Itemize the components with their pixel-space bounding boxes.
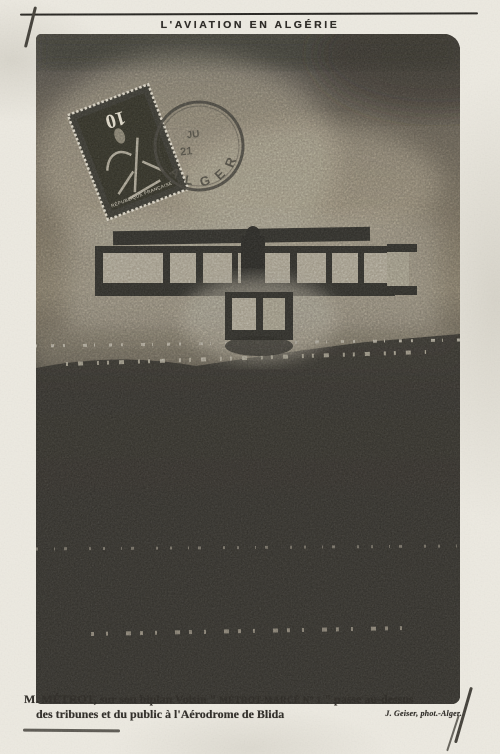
caption-underline-stroke <box>23 729 120 732</box>
postcard-photo: 10 RÉPUBLIQUE FRANÇAISE ALGER JU 21 <box>36 34 460 704</box>
photo-scene: 10 RÉPUBLIQUE FRANÇAISE ALGER JU 21 <box>36 34 460 704</box>
caption: M. MÉTROT, sur son biplan Voisin " MÉTRO… <box>24 692 476 721</box>
caption-line2-text: des tribunes et du public à l'Aérodrome … <box>36 707 284 721</box>
top-rule <box>20 12 478 15</box>
page-title: L'AVIATION EN ALGÉRIE <box>0 19 500 31</box>
halftone-grain-specks <box>36 34 460 704</box>
caption-line-2: des tribunes et du public à l'Aérodrome … <box>24 707 476 721</box>
caption-line-1: M. MÉTROT, sur son biplan Voisin " MÉTRO… <box>24 692 476 707</box>
newspaper-page: L'AVIATION EN ALGÉRIE <box>0 0 500 754</box>
plane-name: MÉTROT-MARCÉ N° 1 <box>219 695 321 705</box>
caption-line1-suffix: " passe au-dessus <box>321 692 413 706</box>
caption-line1-prefix: M. MÉTROT, sur son biplan Voisin " <box>24 692 219 706</box>
